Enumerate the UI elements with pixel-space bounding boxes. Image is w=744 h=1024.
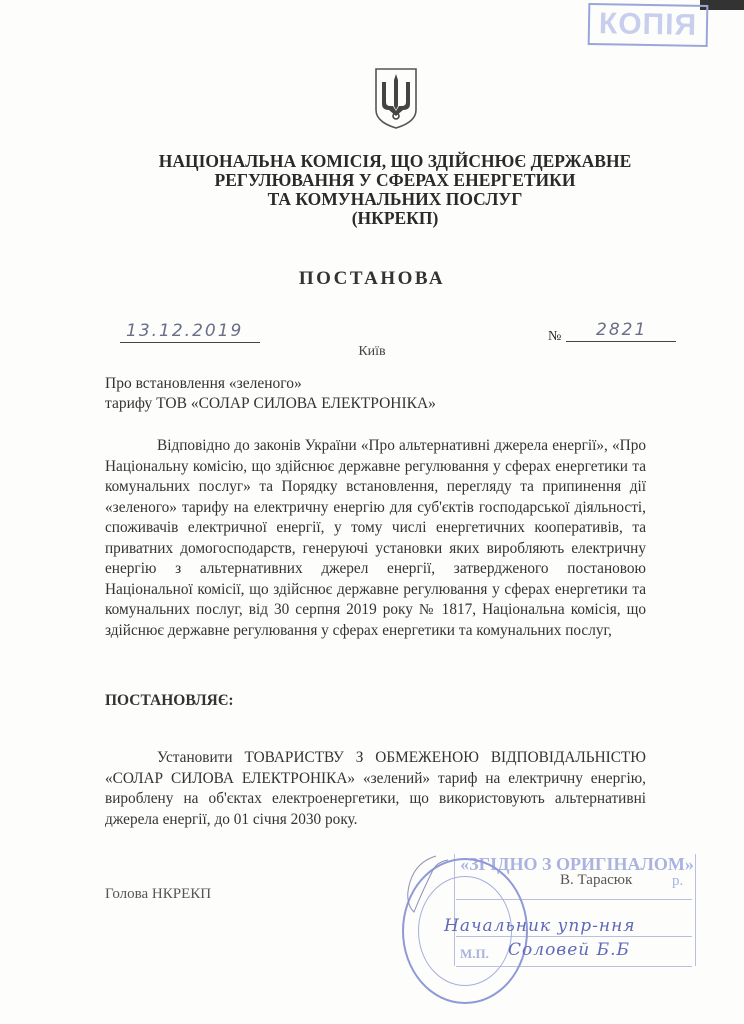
organization-title: НАЦІОНАЛЬНА КОМІСІЯ, ЩО ЗДІЙСНЮЄ ДЕРЖАВН…	[100, 152, 690, 228]
trident-coat-of-arms-icon	[373, 66, 419, 130]
resolves-heading: ПОСТАНОВЛЯЄ:	[105, 692, 234, 710]
subject-line-2: тарифу ТОВ «СОЛАР СИЛОВА ЕЛЕКТРОНІКА»	[105, 394, 436, 414]
decision-text: Установити ТОВАРИСТВУ З ОБМЕЖЕНОЮ ВІДПОВ…	[105, 749, 646, 828]
subject-line-1: Про встановлення «зеленого»	[105, 374, 436, 394]
org-title-line-2: РЕГУЛЮВАННЯ У СФЕРАХ ЕНЕРГЕТИКИ	[100, 171, 690, 190]
signature-flourish-icon	[396, 852, 456, 922]
number-label: №	[548, 329, 561, 345]
preamble-paragraph: Відповідно до законів України «Про альте…	[105, 436, 646, 641]
document-type: ПОСТАНОВА	[0, 268, 744, 290]
signatory-name: В. Тарасюк	[560, 872, 632, 889]
certifier-name-handwritten: Соловей Б.Б	[508, 940, 630, 960]
document-subject: Про встановлення «зеленого» тарифу ТОВ «…	[105, 374, 436, 414]
org-title-line-1: НАЦІОНАЛЬНА КОМІСІЯ, ЩО ЗДІЙСНЮЄ ДЕРЖАВН…	[100, 152, 690, 171]
org-title-abbrev: (НКРЕКП)	[100, 209, 690, 228]
stamp-year-suffix: р.	[672, 873, 683, 890]
document-date: 13.12.2019	[126, 321, 243, 341]
certifier-title-handwritten: Начальник упр-ння	[444, 916, 636, 936]
city: Київ	[0, 344, 744, 360]
org-title-line-3: ТА КОМУНАЛЬНИХ ПОСЛУГ	[100, 190, 690, 209]
copy-stamp-label: КОПІЯ	[599, 7, 698, 43]
preamble-text: Відповідно до законів України «Про альте…	[105, 437, 646, 639]
copy-stamp: КОПІЯ	[588, 3, 709, 47]
decision-paragraph: Установити ТОВАРИСТВУ З ОБМЕЖЕНОЮ ВІДПОВ…	[105, 748, 646, 830]
document-number: 2821	[596, 320, 647, 340]
signatory-role: Голова НКРЕКП	[105, 886, 211, 903]
